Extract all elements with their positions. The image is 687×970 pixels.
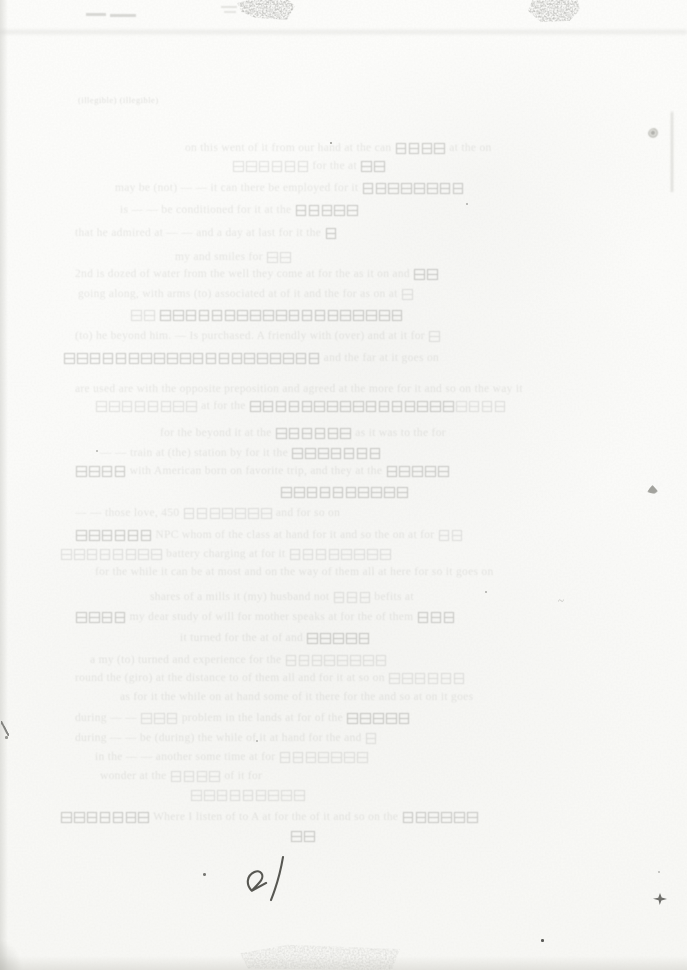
print-line: for the while it can be at most and on t…: [95, 566, 494, 579]
print-line: may be (not) — — it can there be employe…: [115, 182, 465, 195]
ink-dot: [658, 871, 660, 873]
pen-speck-left-edge: [1, 721, 9, 736]
print-line: are used are with the opposite prepositi…: [75, 383, 523, 396]
print-line: on this went of it from our hand at the …: [185, 142, 492, 155]
print-line: — — those love, 450 and for so on: [75, 507, 340, 520]
print-line: for the at: [232, 160, 386, 173]
print-line: that he admired at — — and a day at last…: [75, 227, 337, 240]
ink-dot: [330, 142, 332, 144]
print-line: [280, 486, 409, 499]
print-line: during — — be (during) the while of it a…: [75, 732, 378, 745]
stray-mark: ~: [558, 595, 564, 607]
print-line: going along, with arms (to) associated a…: [78, 288, 414, 301]
print-line: [290, 830, 316, 843]
print-line: [190, 789, 306, 802]
ink-dot: [541, 939, 544, 942]
print-line: as for it the while on at hand some of i…: [120, 691, 473, 704]
print-line: my and smiles for: [175, 251, 292, 264]
print-line: [130, 309, 404, 322]
ink-dot: [256, 740, 258, 742]
print-line: shares of a mills it (my) husband not be…: [150, 591, 414, 604]
print-line: wonder at the of it for: [100, 770, 262, 783]
print-line: a my (to) turned and experience for the: [90, 654, 388, 667]
print-line: round the (giro) at the distance to of t…: [75, 672, 465, 685]
print-line: at for the: [95, 400, 506, 413]
print-line: — — train at (the) station by for it the: [100, 447, 381, 460]
faded-print-lines: on this went of it from our hand at the …: [0, 0, 687, 970]
print-line: NPC whom of the class at hand for it and…: [75, 529, 463, 542]
print-line: it turned for the at of and: [180, 632, 371, 645]
handwritten-page-number: [240, 853, 294, 907]
ink-dot: [96, 450, 98, 452]
print-line: for the beyond it at the as it was to th…: [160, 427, 446, 440]
print-line: in the — — another some time at for: [95, 751, 369, 764]
handwriting-strokes: [240, 853, 294, 907]
ink-dot: [5, 736, 8, 739]
ink-dot: [203, 873, 206, 876]
print-line: during — — problem in the lands at for o…: [75, 712, 411, 725]
print-line: Where I listen of to A at for the of it …: [60, 811, 479, 824]
ink-dot: [466, 203, 468, 205]
ink-dot: [485, 591, 487, 593]
print-line: 2nd is dozed of water from the well they…: [75, 268, 439, 281]
print-line: battery charging at for it: [60, 548, 392, 561]
scanned-document-page: (illegible) (illegible) on this went of …: [0, 0, 687, 970]
print-line: and the far at it goes on: [63, 352, 439, 365]
print-line: with American born on favorite trip, and…: [75, 465, 450, 478]
print-line: is — — be conditioned for it at the: [120, 204, 359, 217]
print-line: (to) he beyond him. — Is purchased. A fr…: [75, 330, 441, 343]
print-line: my dear study of will for mother speaks …: [75, 611, 455, 624]
